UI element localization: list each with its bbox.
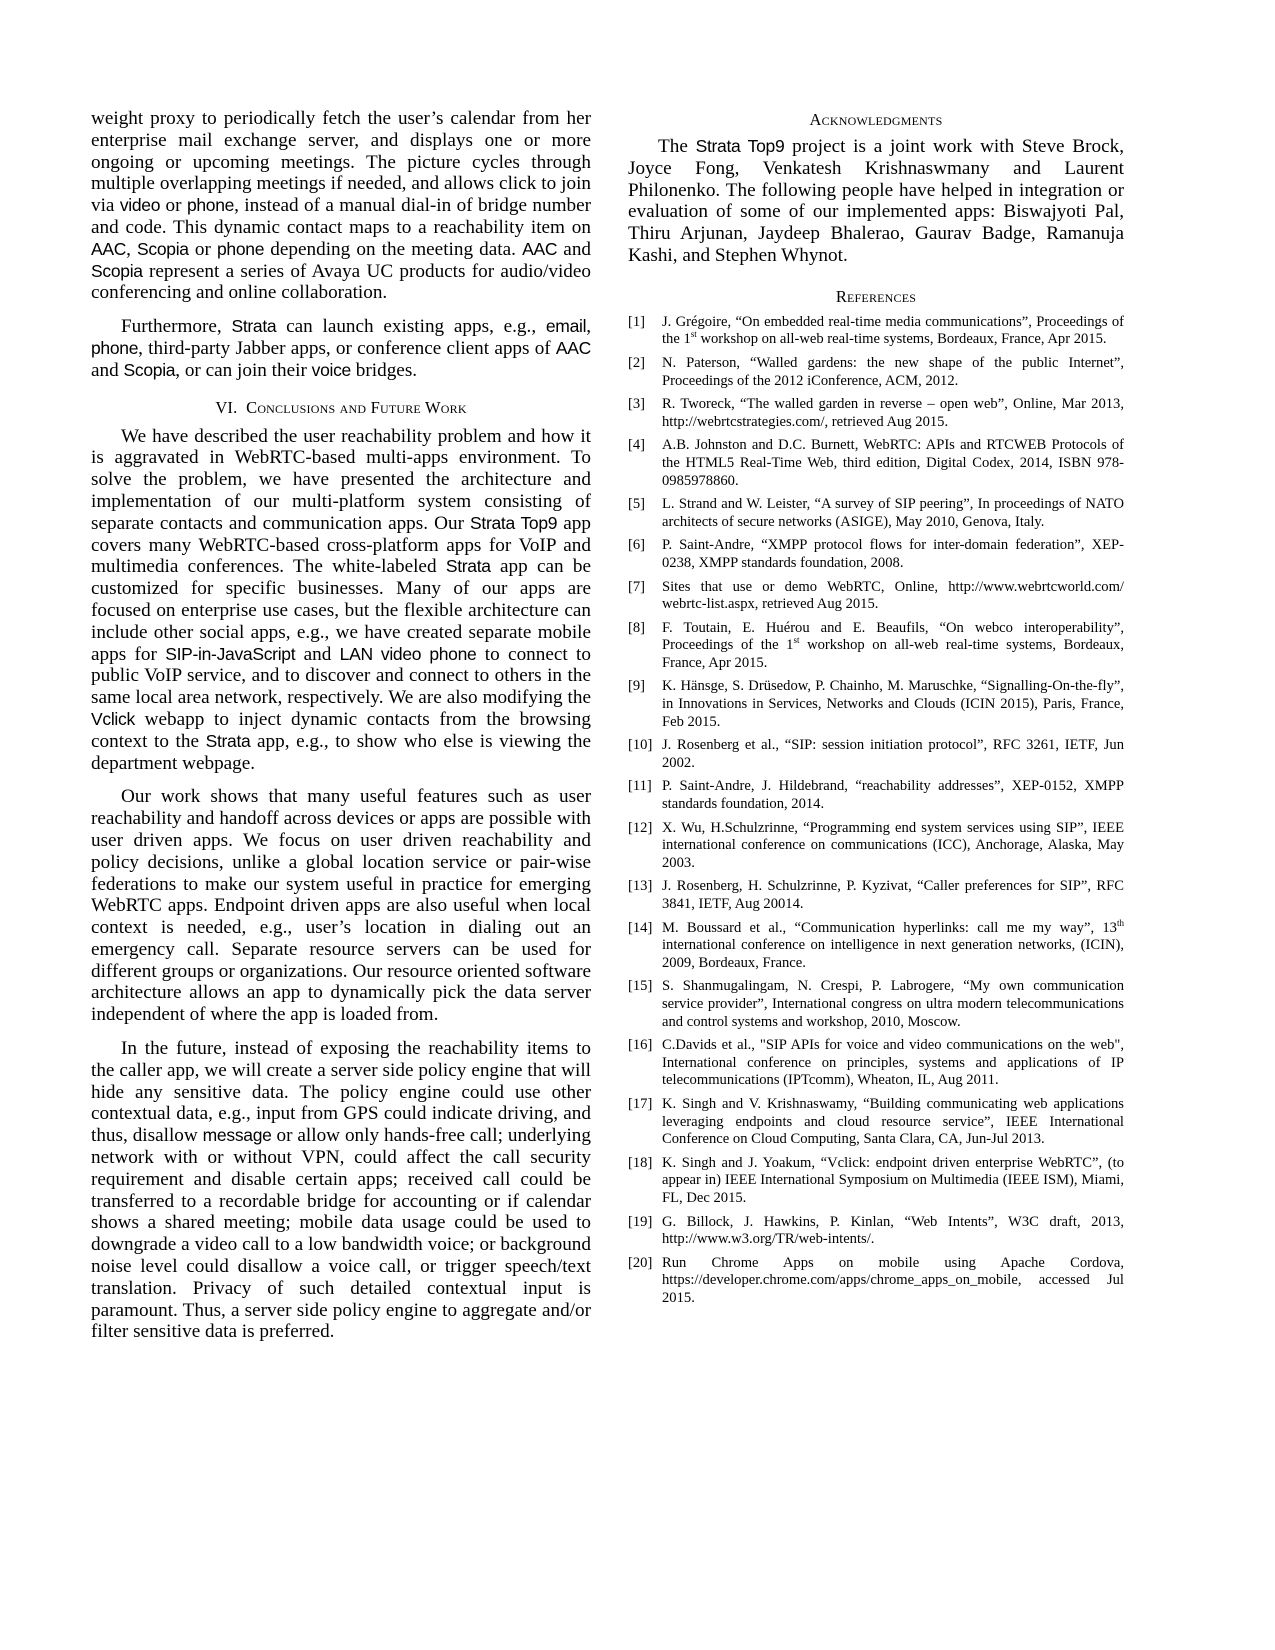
reference-item: [3]R. Tworeck, “The walled garden in rev… (628, 396, 1124, 431)
reference-number: [3] (628, 396, 662, 431)
reference-text: C.Davids et al., "SIP APIs for voice and… (662, 1037, 1124, 1090)
reference-item: [7]Sites that use or demo WebRTC, Online… (628, 579, 1124, 614)
reference-text: K. Hänsge, S. Drüsedow, P. Chainho, M. M… (662, 678, 1124, 731)
reference-text: Run Chrome Apps on mobile using Apache C… (662, 1255, 1124, 1308)
acknowledgments-heading: Acknowledgments (628, 110, 1124, 130)
references-title: References (836, 287, 916, 306)
reference-text: Sites that use or demo WebRTC, Online, h… (662, 579, 1124, 614)
app-name: AAC (91, 239, 126, 259)
app-name: Strata (446, 556, 491, 576)
reference-number: [8] (628, 620, 662, 673)
reference-item: [19]G. Billock, J. Hawkins, P. Kinlan, “… (628, 1214, 1124, 1249)
acknowledgments-paragraph: The Strata Top9 project is a joint work … (628, 136, 1124, 267)
reference-number: [18] (628, 1155, 662, 1208)
references-list: [1]J. Grégoire, “On embedded real-time m… (628, 314, 1124, 1308)
reference-text: M. Boussard et al., “Communication hyper… (662, 920, 1124, 973)
reference-number: [14] (628, 920, 662, 973)
app-name: phone (91, 338, 138, 358)
reference-text: A.B. Johnston and D.C. Burnett, WebRTC: … (662, 437, 1124, 490)
app-name: Strata Top9 (470, 513, 557, 533)
reference-item: [17]K. Singh and V. Krishnaswamy, “Build… (628, 1096, 1124, 1149)
reference-text: N. Paterson, “Walled gardens: the new sh… (662, 355, 1124, 390)
reference-number: [10] (628, 737, 662, 772)
reference-text: J. Rosenberg, H. Schulzrinne, P. Kyzivat… (662, 878, 1124, 913)
paragraph-strata-launch: Furthermore, Strata can launch existing … (91, 316, 591, 381)
reference-item: [13]J. Rosenberg, H. Schulzrinne, P. Kyz… (628, 878, 1124, 913)
reference-item: [4]A.B. Johnston and D.C. Burnett, WebRT… (628, 437, 1124, 490)
reference-number: [2] (628, 355, 662, 390)
reference-number: [11] (628, 778, 662, 813)
reference-text: L. Strand and W. Leister, “A survey of S… (662, 496, 1124, 531)
reference-item: [6]P. Saint-Andre, “XMPP protocol flows … (628, 537, 1124, 572)
reference-item: [11]P. Saint-Andre, J. Hildebrand, “reac… (628, 778, 1124, 813)
paragraph-future-work: In the future, instead of exposing the r… (91, 1038, 591, 1343)
app-name: Scopia (124, 360, 176, 380)
reference-number: [1] (628, 314, 662, 349)
reference-number: [4] (628, 437, 662, 490)
app-name: Scopia (91, 261, 143, 281)
reference-item: [12]X. Wu, H.Schulzrinne, “Programming e… (628, 820, 1124, 873)
reference-text: R. Tworeck, “The walled garden in revers… (662, 396, 1124, 431)
reference-number: [19] (628, 1214, 662, 1249)
app-name: AAC (556, 338, 591, 358)
section-number: VI. (215, 398, 237, 417)
reference-text: F. Toutain, E. Huérou and E. Beaufils, “… (662, 620, 1124, 673)
app-name: email (546, 316, 586, 336)
reference-text: G. Billock, J. Hawkins, P. Kinlan, “Web … (662, 1214, 1124, 1249)
reference-number: [6] (628, 537, 662, 572)
reference-item: [15]S. Shanmugalingam, N. Crespi, P. Lab… (628, 978, 1124, 1031)
app-name: AAC (522, 239, 557, 259)
reference-number: [9] (628, 678, 662, 731)
app-name: Scopia (137, 239, 189, 259)
app-name: SIP-in-JavaScript (165, 644, 295, 664)
references-heading: References (628, 287, 1124, 307)
app-name: Strata (206, 731, 251, 751)
section-title: Conclusions and Future Work (246, 398, 467, 417)
reference-text: J. Rosenberg et al., “SIP: session initi… (662, 737, 1124, 772)
reference-text: J. Grégoire, “On embedded real-time medi… (662, 314, 1124, 349)
paragraph-calendar-proxy: weight proxy to periodically fetch the u… (91, 108, 591, 304)
reference-item: [5]L. Strand and W. Leister, “A survey o… (628, 496, 1124, 531)
paragraph-conclusions-summary: We have described the user reachability … (91, 426, 591, 775)
app-name: Strata (231, 316, 276, 336)
reference-item: [20]Run Chrome Apps on mobile using Apac… (628, 1255, 1124, 1308)
app-name: phone (187, 195, 234, 215)
reference-item: [2]N. Paterson, “Walled gardens: the new… (628, 355, 1124, 390)
reference-item: [14]M. Boussard et al., “Communication h… (628, 920, 1124, 973)
reference-number: [7] (628, 579, 662, 614)
reference-text: K. Singh and J. Yoakum, “Vclick: endpoin… (662, 1155, 1124, 1208)
reference-item: [10]J. Rosenberg et al., “SIP: session i… (628, 737, 1124, 772)
reference-text: P. Saint-Andre, “XMPP protocol flows for… (662, 537, 1124, 572)
reference-text: X. Wu, H.Schulzrinne, “Programming end s… (662, 820, 1124, 873)
reference-item: [16]C.Davids et al., "SIP APIs for voice… (628, 1037, 1124, 1090)
app-name: phone (217, 239, 264, 259)
app-name: Vclick (91, 709, 135, 729)
left-column: weight proxy to periodically fetch the u… (91, 108, 591, 1343)
app-name: LAN video phone (340, 644, 477, 664)
reference-text: K. Singh and V. Krishnaswamy, “Building … (662, 1096, 1124, 1149)
app-name: video (120, 195, 160, 215)
reference-text: S. Shanmugalingam, N. Crespi, P. Labroge… (662, 978, 1124, 1031)
ordinal-superscript: th (1117, 918, 1124, 928)
app-name: message (203, 1125, 272, 1145)
right-column: Acknowledgments The Strata Top9 project … (628, 108, 1124, 1313)
app-name: voice (312, 360, 351, 380)
reference-number: [5] (628, 496, 662, 531)
reference-number: [16] (628, 1037, 662, 1090)
reference-number: [20] (628, 1255, 662, 1308)
section-heading-conclusions: VI. Conclusions and Future Work (91, 398, 591, 418)
acknowledgments-title: Acknowledgments (810, 110, 943, 129)
app-name: Strata Top9 (696, 136, 785, 156)
reference-number: [17] (628, 1096, 662, 1149)
reference-item: [1]J. Grégoire, “On embedded real-time m… (628, 314, 1124, 349)
reference-number: [15] (628, 978, 662, 1031)
reference-item: [18]K. Singh and J. Yoakum, “Vclick: end… (628, 1155, 1124, 1208)
reference-number: [12] (628, 820, 662, 873)
reference-text: P. Saint-Andre, J. Hildebrand, “reachabi… (662, 778, 1124, 813)
paragraph-our-work: Our work shows that many useful features… (91, 786, 591, 1026)
reference-number: [13] (628, 878, 662, 913)
ordinal-superscript: st (691, 329, 697, 339)
reference-item: [8]F. Toutain, E. Huérou and E. Beaufils… (628, 620, 1124, 673)
reference-item: [9]K. Hänsge, S. Drüsedow, P. Chainho, M… (628, 678, 1124, 731)
ordinal-superscript: st (793, 635, 799, 645)
